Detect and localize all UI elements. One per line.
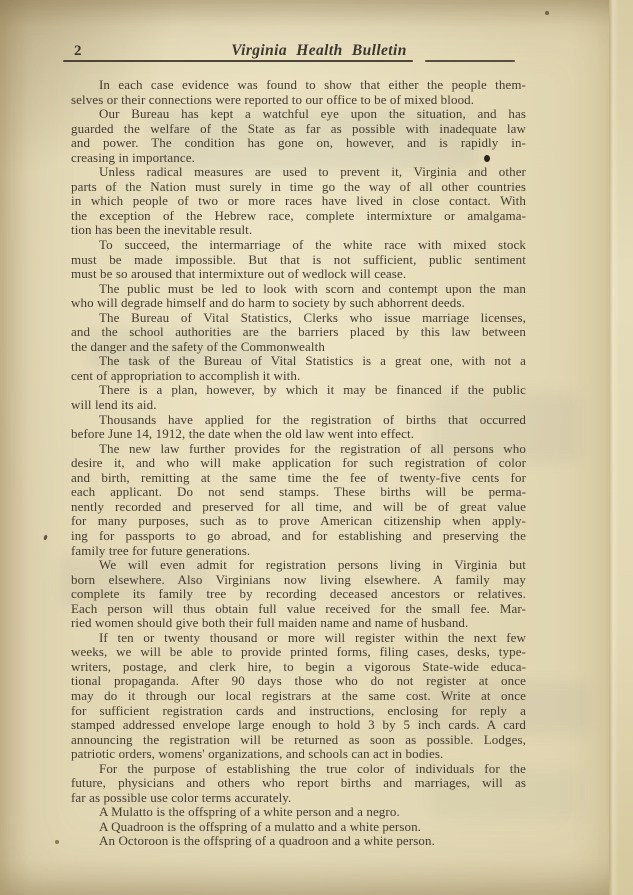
paragraph: The task of the Bureau of Vital Statisti… bbox=[71, 354, 526, 383]
text-line: We will even admit for registration pers… bbox=[71, 558, 526, 573]
text-line: far as possible use color terms accurate… bbox=[71, 791, 526, 806]
paragraph: For the purpose of establishing the true… bbox=[71, 762, 526, 806]
text-line: nently recorded and preserved for all ti… bbox=[71, 500, 526, 515]
text-line: To succeed, the intermarriage of the whi… bbox=[71, 238, 526, 253]
text-line: future, physicians and others who report… bbox=[71, 776, 526, 791]
paragraph: There is a plan, however, by which it ma… bbox=[71, 383, 526, 412]
text-line: in which people of two or more races hav… bbox=[71, 194, 526, 209]
text-line: The task of the Bureau of Vital Statisti… bbox=[71, 354, 526, 369]
ink-blot bbox=[484, 155, 490, 162]
paragraph: The public must be led to look with scor… bbox=[71, 282, 526, 311]
text-line: each applicant. Do not send stamps. Thes… bbox=[71, 485, 526, 500]
page-fold-crease bbox=[609, 0, 633, 895]
text-line: cent of appropriation to accomplish it w… bbox=[71, 369, 526, 384]
text-line: family tree for future generations. bbox=[71, 544, 526, 559]
text-line: parts of the Nation must surely in time … bbox=[71, 180, 526, 195]
text-line: and power. The condition has gone on, ho… bbox=[71, 136, 526, 151]
text-line: writers, postage, and clerk hire, to beg… bbox=[71, 660, 526, 675]
text-line: tional propaganda. After 90 days those w… bbox=[71, 674, 526, 689]
scanned-page: 2 Virginia Health Bulletin In each case … bbox=[0, 0, 633, 895]
paragraph: To succeed, the intermarriage of the whi… bbox=[71, 238, 526, 282]
text-line: The new law further provides for the reg… bbox=[71, 442, 526, 457]
ink-speck bbox=[355, 843, 358, 846]
text-line: announcing the registration will be retu… bbox=[71, 733, 526, 748]
text-line: ing for passports to go abroad, and for … bbox=[71, 529, 526, 544]
text-line: who will degrade himself and do harm to … bbox=[71, 296, 526, 311]
text-line: born elsewhere. Also Virginians now livi… bbox=[71, 573, 526, 588]
text-line: weeks, we will be able to provide printe… bbox=[71, 645, 526, 660]
text-line: must be made impossible. But that is not… bbox=[71, 253, 526, 268]
text-line: tion has been the inevitable result. bbox=[71, 223, 526, 238]
text-line: There is a plan, however, by which it ma… bbox=[71, 383, 526, 398]
text-line: Thousands have applied for the registrat… bbox=[71, 413, 526, 428]
text-line: guarded the welfare of the State as far … bbox=[71, 122, 526, 137]
paragraph: A Mulatto is the offspring of a white pe… bbox=[71, 805, 526, 820]
text-line: will lend its aid. bbox=[71, 398, 526, 413]
text-line: Unless radical measures are used to prev… bbox=[71, 165, 526, 180]
text-line: The Bureau of Vital Statistics, Clerks w… bbox=[71, 311, 526, 326]
paragraph: In each case evidence was found to show … bbox=[71, 78, 526, 107]
paragraph: We will even admit for registration pers… bbox=[71, 558, 526, 631]
text-line: In each case evidence was found to show … bbox=[71, 78, 526, 93]
text-line: desire it, and who will make application… bbox=[71, 456, 526, 471]
text-line: Each person will thus obtain full value … bbox=[71, 602, 526, 617]
text-line: and the school authorities are the barri… bbox=[71, 325, 526, 340]
text-line: complete its family tree by recording de… bbox=[71, 587, 526, 602]
text-line: before June 14, 1912, the date when the … bbox=[71, 427, 526, 442]
ink-speck bbox=[43, 535, 47, 541]
text-line: for many purposes, such as to prove Amer… bbox=[71, 514, 526, 529]
header-rule-left bbox=[63, 60, 413, 62]
text-line: A Mulatto is the offspring of a white pe… bbox=[71, 805, 526, 820]
text-line: for sufficient registration cards and in… bbox=[71, 704, 526, 719]
text-line: patriotic orders, womens' organizations,… bbox=[71, 747, 526, 762]
text-line: and birth, remitting at the same time th… bbox=[71, 471, 526, 486]
text-line: An Octoroon is the offspring of a quadro… bbox=[71, 834, 526, 849]
paragraph: The Bureau of Vital Statistics, Clerks w… bbox=[71, 311, 526, 355]
text-line: Our Bureau has kept a watchful eye upon … bbox=[71, 107, 526, 122]
page-number: 2 bbox=[74, 43, 82, 60]
text-line: ried women should give both their full m… bbox=[71, 616, 526, 631]
paragraph: An Octoroon is the offspring of a quadro… bbox=[71, 834, 526, 849]
ink-speck bbox=[545, 11, 549, 15]
paragraph: Unless radical measures are used to prev… bbox=[71, 165, 526, 238]
text-line: may do it through our local registrars a… bbox=[71, 689, 526, 704]
paragraph: If ten or twenty thousand or more will r… bbox=[71, 631, 526, 762]
text-line: For the purpose of establishing the true… bbox=[71, 762, 526, 777]
text-line: the danger and the safety of the Commonw… bbox=[71, 340, 526, 355]
text-line: must be so aroused that intermixture out… bbox=[71, 267, 526, 282]
paragraph: The new law further provides for the reg… bbox=[71, 442, 526, 558]
text-line: If ten or twenty thousand or more will r… bbox=[71, 631, 526, 646]
paragraph: Our Bureau has kept a watchful eye upon … bbox=[71, 107, 526, 165]
text-line: selves or their connections were reporte… bbox=[71, 93, 526, 108]
text-line: creasing in importance. bbox=[71, 151, 526, 166]
ink-speck bbox=[55, 840, 59, 844]
text-line: the exception of the Hebrew race, comple… bbox=[71, 209, 526, 224]
text-line: stamped addressed envelope large enough … bbox=[71, 718, 526, 733]
text-line: The public must be led to look with scor… bbox=[71, 282, 526, 297]
paragraph: Thousands have applied for the registrat… bbox=[71, 413, 526, 442]
paragraph: A Quadroon is the offspring of a mulatto… bbox=[71, 820, 526, 835]
text-line: A Quadroon is the offspring of a mulatto… bbox=[71, 820, 526, 835]
header-rule-right bbox=[425, 60, 515, 62]
page-title: Virginia Health Bulletin bbox=[92, 42, 546, 60]
article-body: In each case evidence was found to show … bbox=[71, 78, 526, 849]
